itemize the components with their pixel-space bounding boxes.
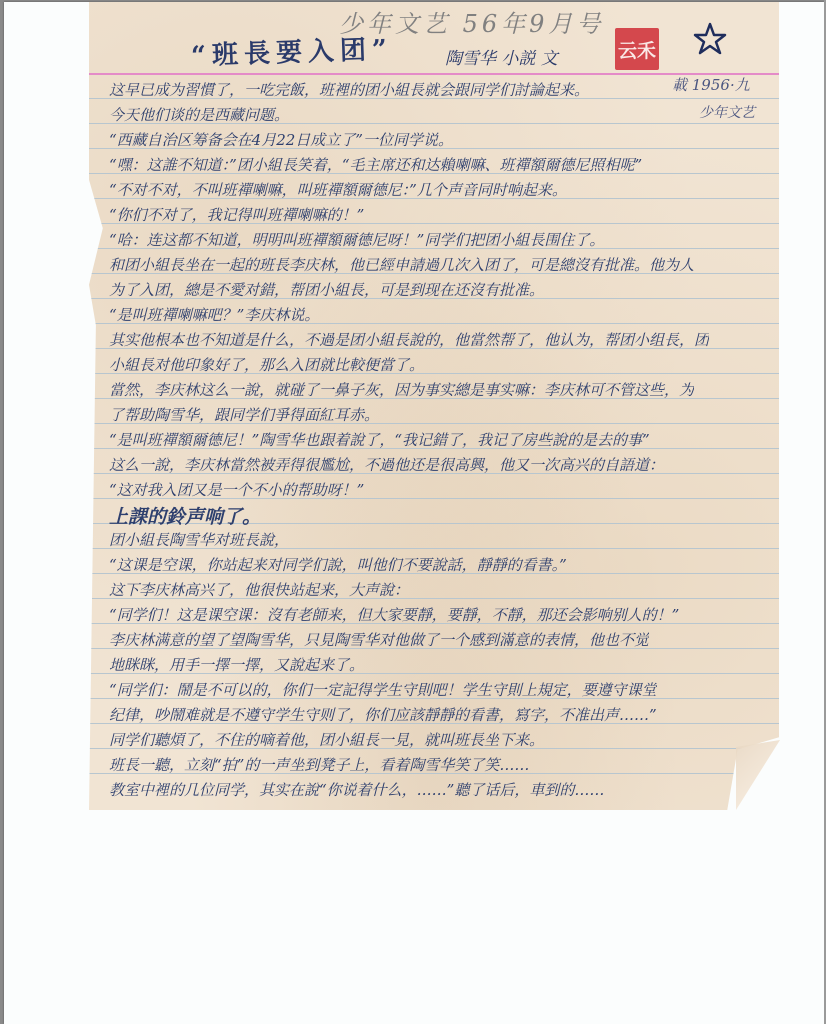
text-line: 其实他根本也不知道是什么，不過是团小組長說的，他當然帮了，他认为，帮团小组長，团 xyxy=(109,329,709,350)
text-line: “这对我入团又是一个不小的帮助呀！” xyxy=(109,479,364,500)
manuscript-title: “班長要入团” xyxy=(190,28,393,72)
text-line: 地眯眯，用手一擇一擇，又說起来了。 xyxy=(109,654,364,675)
text-line: 班長一聽，立刻“拍”的一声坐到凳子上，看着陶雪华笑了笑…… xyxy=(109,754,529,775)
folded-page-corner xyxy=(736,740,780,810)
text-line: “是叫班禪喇嘛吧？”李庆林说。 xyxy=(109,304,319,325)
text-line: 这下李庆林高兴了，他很快站起来，大声說： xyxy=(109,579,409,600)
text-line: 李庆林满意的望了望陶雪华，只見陶雪华对他做了一个感到滿意的表情，他也不觉 xyxy=(109,629,649,650)
text-line: 团小組長陶雪华对班長說， xyxy=(109,529,289,550)
text-line: 當然，李庆林这么一說，就碰了一鼻子灰，因为事实總是事实嘛：李庆林可不管这些，为 xyxy=(109,379,694,400)
magazine-note: 少年文艺 xyxy=(699,102,755,122)
manuscript-page: 少年文艺 56年9月号 “班長要入团” 陶雪华 小説 文 云禾 載 1956·九… xyxy=(89,2,779,810)
text-line: “这课是空课，你站起来对同学们說，叫他们不要說話，靜靜的看書。” xyxy=(109,554,567,575)
text-line: 为了入团，總是不愛对錯，帮团小組長，可是到现在还沒有批准。 xyxy=(109,279,544,300)
text-line: 同学们聽煩了，不住的嘀着他，团小組長一見，就叫班長坐下来。 xyxy=(109,729,544,750)
author-byline: 陶雪华 小説 文 xyxy=(445,44,558,69)
text-line: “你们不对了，我记得叫班禪喇嘛的！” xyxy=(109,204,364,225)
text-line: 了帮助陶雪华，跟同学们爭得面紅耳赤。 xyxy=(109,404,379,425)
text-line: “是叫班禪額爾德尼！”陶雪华也跟着說了，“我记錯了，我记了房些說的是去的事” xyxy=(109,429,650,450)
text-line: “同学们！这是课空课：沒有老師来，但大家要靜，要靜，不靜，那还会影响别人的！” xyxy=(109,604,679,625)
text-line: 这么一說，李庆林當然被弄得很尷尬，不過他还是很高興，他又一次高兴的自語道： xyxy=(109,454,664,475)
text-line: “嘿：这誰不知道：”团小組長笑着，“毛主席还和达賴喇嘛、班禪額爾德尼照相呢” xyxy=(109,154,642,175)
text-line: “哈：连这都不知道，明明叫班禪額爾德尼呀！”同学们把团小組長围住了。 xyxy=(109,229,604,250)
document-viewer: 少年文艺 56年9月号 “班長要入团” 陶雪华 小説 文 云禾 載 1956·九… xyxy=(4,2,824,1024)
text-line: 这早已成为習慣了，一吃完飯，班裡的团小組長就会跟同学们討論起来。 xyxy=(109,79,589,100)
text-line: 小組長对他印象好了，那么入团就比較便當了。 xyxy=(109,354,424,375)
text-line: “西藏自治区筹备会在4月22日成立了”一位同学说。 xyxy=(109,129,453,150)
text-line: “不对不对，不叫班禪喇嘛，叫班禪額爾德尼：”几个声音同时响起来。 xyxy=(109,179,567,200)
text-line: “同学们：鬧是不可以的，你们一定記得学生守則吧！学生守則上規定，要遵守课堂 xyxy=(109,679,657,700)
text-line: 和团小組長坐在一起的班長李庆林，他已經申請過几次入团了，可是總沒有批准。他为人 xyxy=(109,254,694,275)
text-line: 纪律，吵鬧难就是不遵守学生守则了，你们应該靜靜的看書，寫字，不准出声……” xyxy=(109,704,657,725)
text-line: 上課的鈴声响了。 xyxy=(109,502,261,529)
star-icon xyxy=(693,22,727,56)
publication-date-note: 載 1956·九 xyxy=(672,74,750,95)
red-seal-stamp: 云禾 xyxy=(615,28,659,70)
text-line: 今天他们谈的是西藏问题。 xyxy=(109,104,289,125)
text-line: 教室中裡的几位同学，其实在說“你说着什么，……”聽了话后，車到的…… xyxy=(109,779,604,800)
